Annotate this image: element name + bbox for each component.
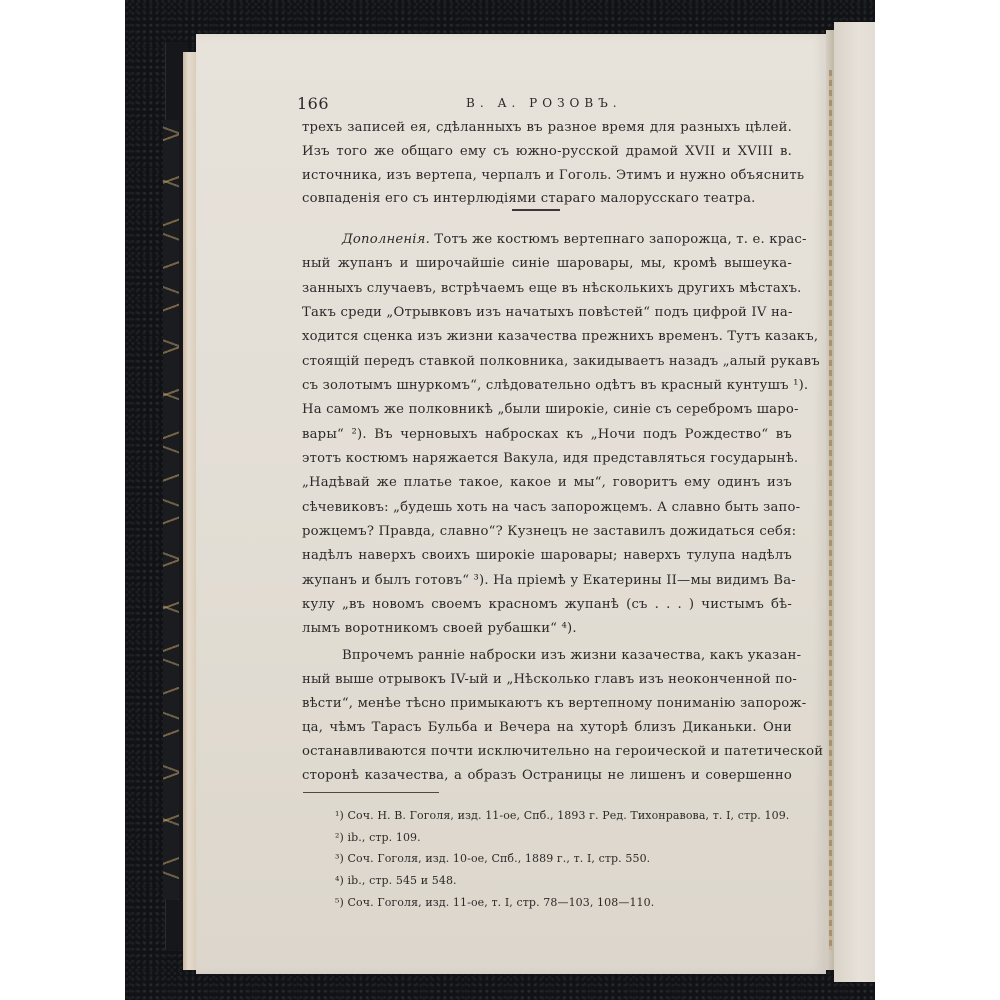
- text-line: стоящій передъ ставкой полковника, закид…: [302, 354, 792, 369]
- text-line: лымъ воротникомъ своей рубашки“ ⁴).: [302, 621, 792, 636]
- text-line: ный жупанъ и широчайшіе синіе шаровары, …: [302, 256, 792, 271]
- footnote-mark: ⁴): [335, 874, 344, 887]
- page-number: 166: [297, 94, 329, 113]
- text-line: вары“ ²). Въ черновыхъ набросках къ „Ноч…: [302, 427, 792, 442]
- section-divider: [512, 209, 560, 211]
- footnote-text: Соч. Гоголя, изд. 10-ое, Спб., 1889 г., …: [348, 852, 651, 865]
- running-title: В. А. РОЗОВЪ.: [466, 96, 622, 110]
- text-line: кулу „въ новомъ своемъ красномъ жупанѣ (…: [302, 597, 792, 612]
- text-line: занныхъ случаевъ, встрѣчаемъ еще въ нѣск…: [302, 281, 792, 296]
- footnote-mark: ¹): [335, 809, 344, 822]
- marbled-spine-edge: [163, 120, 179, 900]
- text-line: Дополненія. Тотъ же костюмъ вертепнаго з…: [342, 232, 792, 247]
- footnote-mark: ²): [335, 831, 344, 844]
- footnote-3: ³) Соч. Гоголя, изд. 10-ое, Спб., 1889 г…: [335, 852, 650, 865]
- text-line: рожцемъ? Правда, славно“? Кузнецъ не зас…: [302, 524, 792, 539]
- text-line: Изъ того же общаго ему съ южно-русской д…: [302, 144, 792, 159]
- footnote-5: ⁵) Соч. Гоголя, изд. 11-ое, т. I, стр. 7…: [335, 896, 654, 909]
- text-line: ца, чѣмъ Тарасъ Бульба и Вечера на хутор…: [302, 720, 792, 735]
- text-line: На самомъ же полковникѣ „были широкіе, с…: [302, 402, 792, 417]
- text-line: источника, изъ вертепа, черпалъ и Гоголь…: [302, 168, 792, 183]
- text-line: останавливаются почти исключительно на г…: [302, 744, 792, 759]
- right-page-sliver: [834, 22, 875, 982]
- text-line: вѣсти“, менѣе тѣсно примыкаютъ къ вертеп…: [302, 696, 792, 711]
- footnote-text: Соч. Н. В. Гоголя, изд. 11-ое, Спб., 189…: [348, 809, 790, 822]
- footnote-2: ²) ib., стр. 109.: [335, 831, 421, 844]
- text-line: трехъ записей ея, сдѣланныхъ въ разное в…: [302, 120, 792, 135]
- section-heading: Дополненія.: [342, 232, 430, 247]
- footnote-text: Соч. Гоголя, изд. 11-ое, т. I, стр. 78—1…: [348, 896, 655, 909]
- text-line: ходится сценка изъ жизни казачества преж…: [302, 329, 792, 344]
- text-line: сторонѣ казачества, а образъ Остраницы н…: [302, 768, 792, 783]
- footnote-text: ib., стр. 545 и 548.: [348, 874, 457, 887]
- binding-thread: [829, 70, 832, 950]
- footnote-divider: [303, 792, 439, 793]
- photo-scene: 166 В. А. РОЗОВЪ. трехъ записей ея, сдѣл…: [0, 0, 1000, 1000]
- text-line: Впрочемъ ранніе наброски изъ жизни казач…: [342, 648, 792, 663]
- text-line-content: Тотъ же костюмъ вертепнаго запорожца, т.…: [434, 232, 806, 247]
- text-line: „Надѣвай же платье такое, какое и мы“, г…: [302, 475, 792, 490]
- text-line: надѣлъ наверхъ своихъ широкіе шаровары; …: [302, 548, 792, 563]
- text-line: жупанъ и былъ готовъ“ ³). На пріемѣ у Ек…: [302, 573, 792, 588]
- text-line: сѣчевиковъ: „будешь хоть на часъ запорож…: [302, 500, 792, 515]
- footnote-mark: ³): [335, 852, 344, 865]
- text-line: этотъ костюмъ наряжается Вакула, идя пре…: [302, 451, 792, 466]
- page-stack-edge: [183, 52, 197, 970]
- footnote-4: ⁴) ib., стр. 545 и 548.: [335, 874, 457, 887]
- footnote-mark: ⁵): [335, 896, 344, 909]
- text-line: съ золотымъ шнуркомъ“, слѣдовательно одѣ…: [302, 378, 792, 393]
- footnote-text: ib., стр. 109.: [348, 831, 421, 844]
- text-line: ный выше отрывокъ IV-ый и „Нѣсколько гла…: [302, 672, 792, 687]
- footnote-1: ¹) Соч. Н. В. Гоголя, изд. 11-ое, Спб., …: [335, 809, 789, 822]
- text-line: Такъ среди „Отрывковъ изъ начатыхъ повѣс…: [302, 305, 792, 320]
- text-line: совпаденія его съ интерлюдіями стараго м…: [302, 191, 792, 206]
